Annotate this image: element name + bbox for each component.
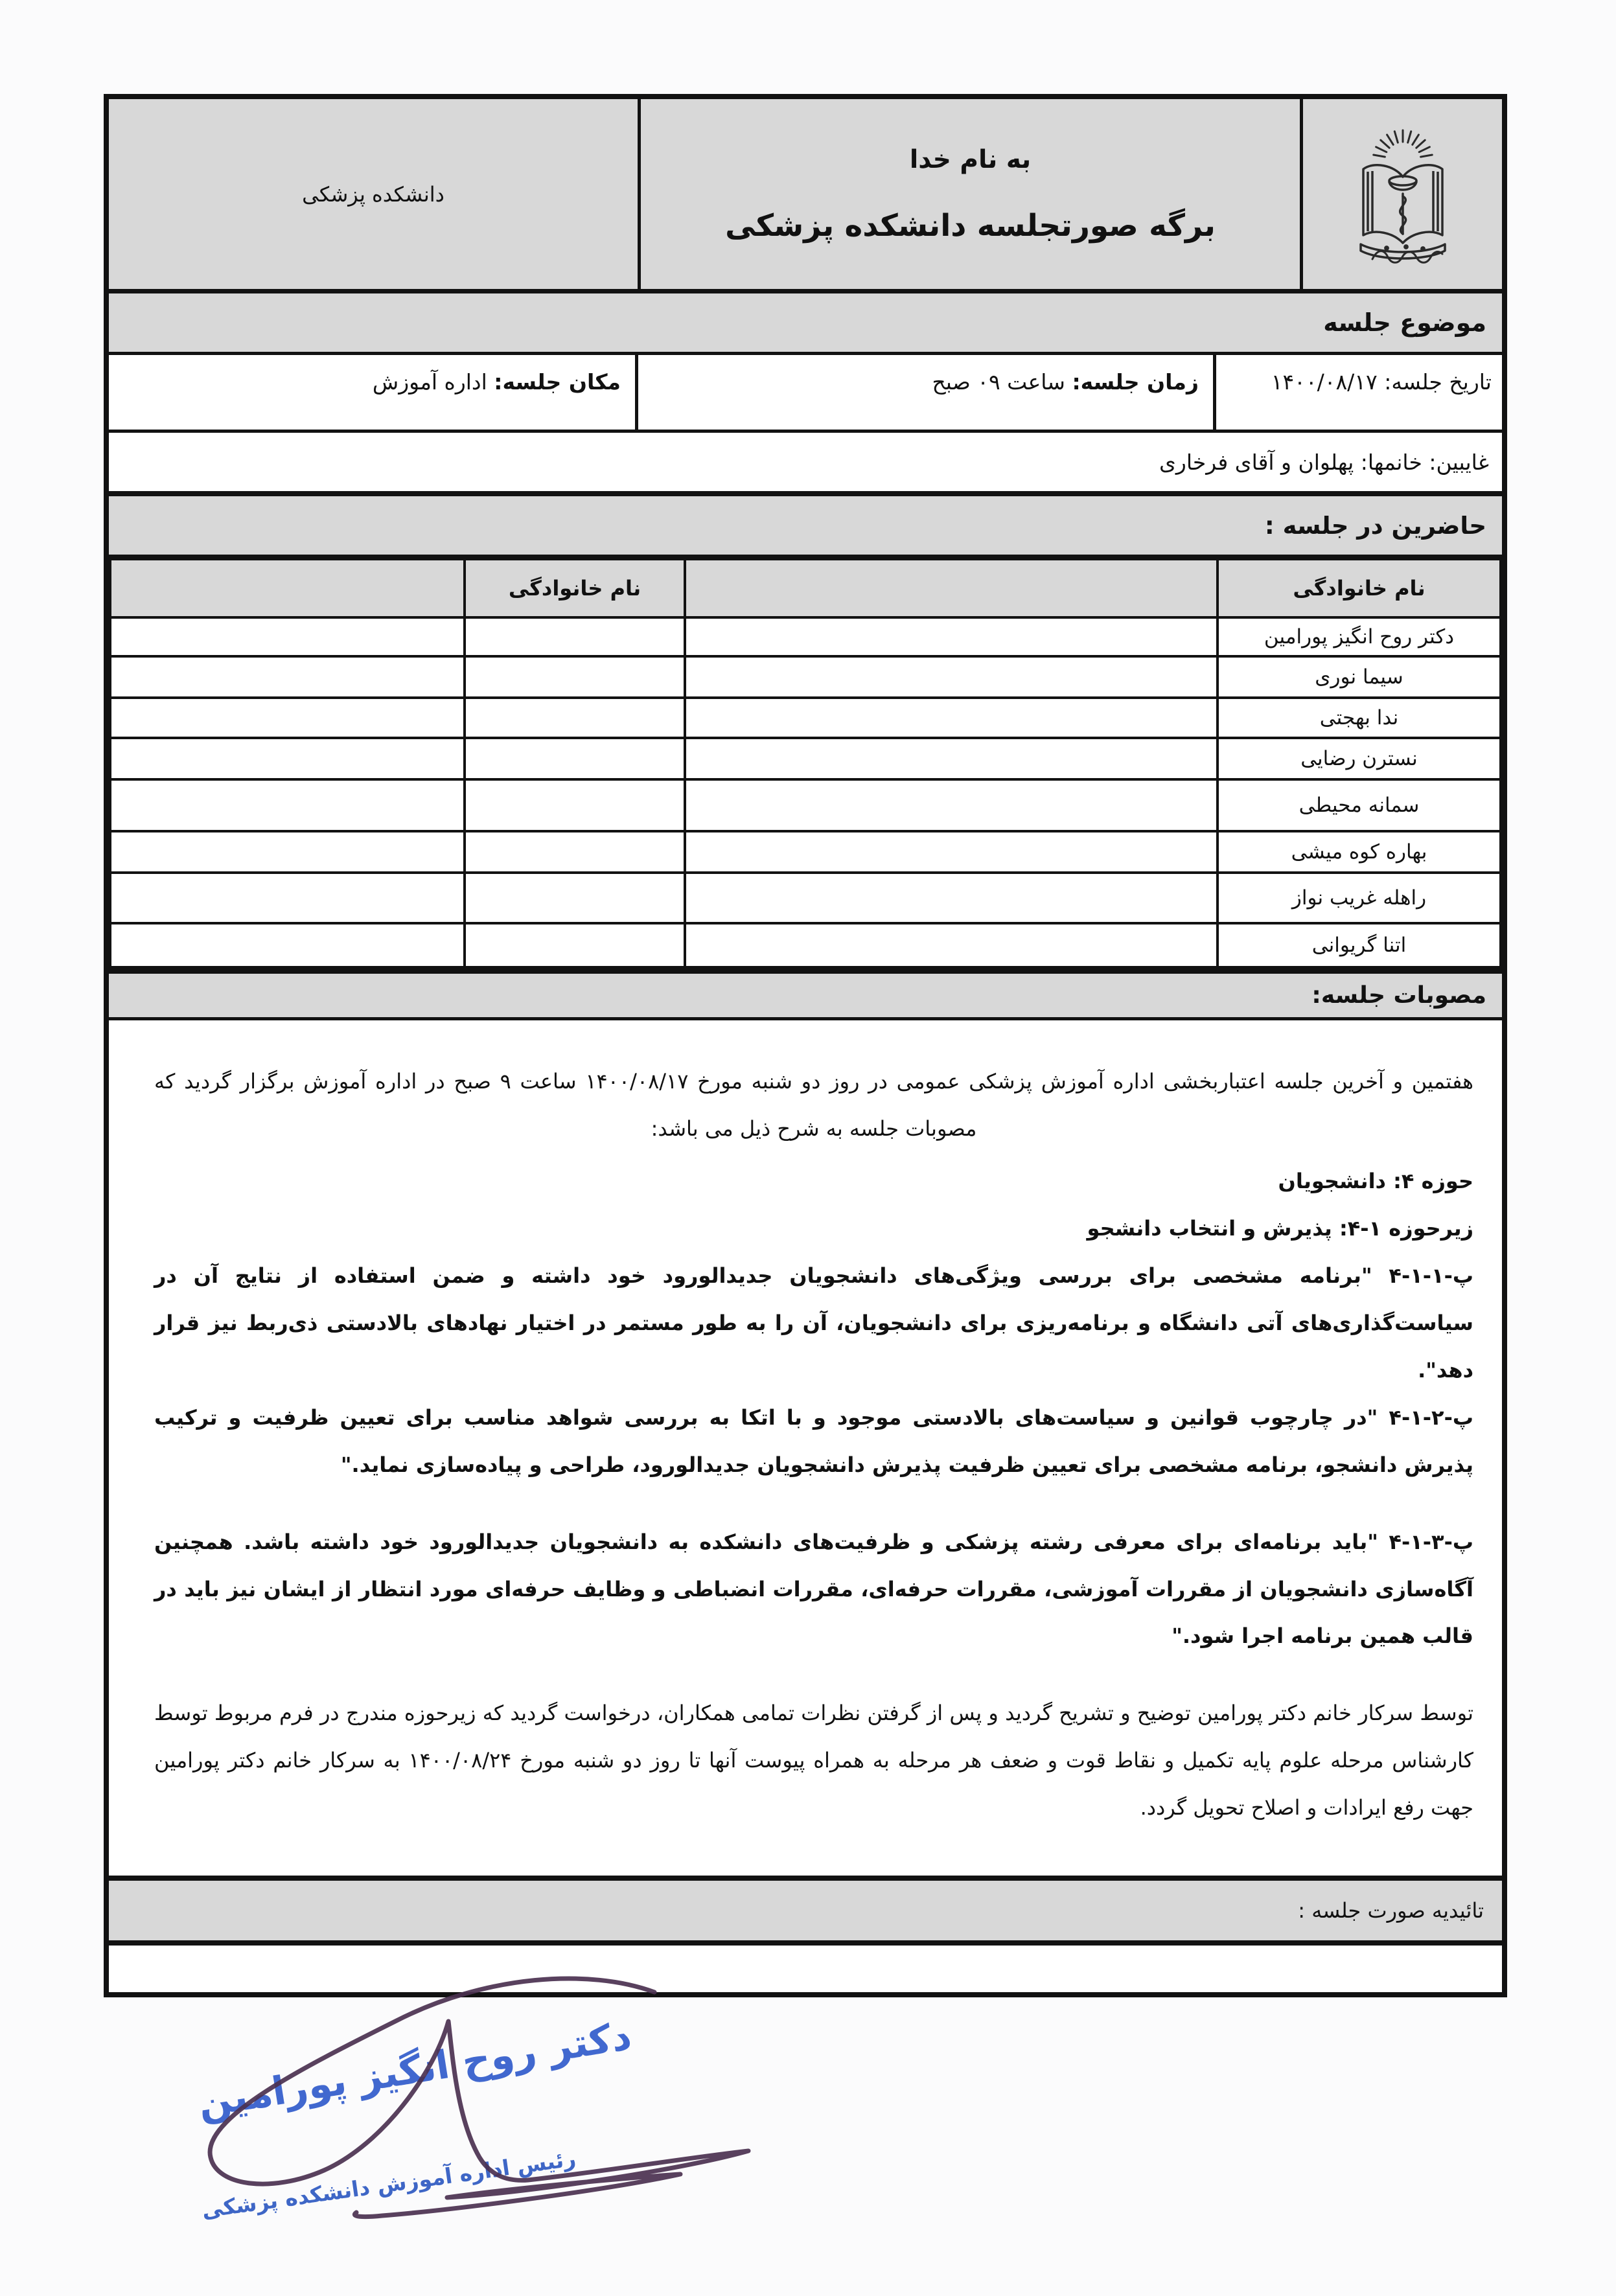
place-value: اداره آموزش	[373, 369, 487, 395]
family-name-header: نام خانوادگی	[465, 559, 685, 617]
meeting-place-cell: مکان جلسه: اداره آموزش	[109, 355, 635, 430]
empty-cell	[110, 698, 465, 738]
table-row: سمانه محیطی	[110, 779, 1501, 831]
empty-cell	[465, 698, 685, 738]
empty-cell	[465, 656, 685, 698]
empty-cell	[685, 617, 1218, 656]
empty-cell	[685, 656, 1218, 698]
meeting-date-cell: تاریخ جلسه: ۱۴۰۰/۰۸/۱۷	[1213, 355, 1502, 430]
place-label: مکان جلسه:	[494, 369, 621, 395]
attendee-name: سیما نوری	[1218, 656, 1501, 698]
attendees-table: نام خانوادگی نام خانوادگی دکتر روح انگیز…	[109, 558, 1502, 969]
attendee-name: اتنا گریوانی	[1218, 923, 1501, 967]
attendees-table-wrap: نام خانوادگی نام خانوادگی دکتر روح انگیز…	[109, 558, 1502, 974]
approval-row: تائیدیه صورت جلسه :	[109, 1876, 1502, 1946]
present-section-row: حاضرین در جلسه :	[109, 496, 1502, 558]
empty-cell	[685, 698, 1218, 738]
empty-cell	[110, 923, 465, 967]
area-heading: حوزه ۴: دانشجویان	[154, 1158, 1473, 1205]
resolutions-intro: هفتمین و آخرین جلسه اعتباربخشی اداره آمو…	[154, 1058, 1473, 1153]
meeting-time-cell: زمان جلسه: ساعت ۰۹ صبح	[635, 355, 1213, 430]
empty-cell	[465, 738, 685, 779]
minutes-form: به نام خدا برگه صورتجلسه دانشکده پزشکی د…	[104, 94, 1507, 1997]
resolutions-closing: توسط سرکار خانم دکتر پورامین توضیح و تشر…	[154, 1690, 1473, 1831]
time-value: ساعت ۰۹ صبح	[932, 369, 1065, 395]
header-title-cell: به نام خدا برگه صورتجلسه دانشکده پزشکی	[638, 99, 1300, 289]
subarea-heading: زیرحوزه ۱-۴: پذیرش و انتخاب دانشجو	[154, 1205, 1473, 1252]
table-row: بهاره کوه میشی	[110, 831, 1501, 873]
faculty-name: دانشکده پزشکی	[109, 99, 638, 289]
empty-cell	[465, 923, 685, 967]
empty-cell	[110, 831, 465, 873]
empty-cell	[685, 559, 1218, 617]
form-header: به نام خدا برگه صورتجلسه دانشکده پزشکی د…	[109, 99, 1502, 293]
attendee-name: سمانه محیطی	[1218, 779, 1501, 831]
attendee-name: نسترن رضایی	[1218, 738, 1501, 779]
empty-cell	[465, 617, 685, 656]
logo-cell	[1300, 99, 1502, 289]
table-row: ندا بهجتی	[110, 698, 1501, 738]
handwritten-signature	[162, 1963, 778, 2248]
absentees-row: غایبین: خانمها: پهلوان و آقای فرخاری	[109, 433, 1502, 496]
time-label: زمان جلسه:	[1072, 369, 1199, 395]
empty-cell	[465, 779, 685, 831]
table-row: راهله غریب نواز	[110, 873, 1501, 923]
attendee-name: دکتر روح انگیز پورامین	[1218, 617, 1501, 656]
present-section-label: حاضرین در جلسه :	[1265, 512, 1486, 540]
empty-cell	[110, 656, 465, 698]
empty-cell	[465, 873, 685, 923]
empty-cell	[110, 779, 465, 831]
date-value: ۱۴۰۰/۰۸/۱۷	[1271, 369, 1378, 395]
family-name-header: نام خانوادگی	[1218, 559, 1501, 617]
empty-cell	[110, 738, 465, 779]
subject-label: موضوع جلسه	[1323, 308, 1486, 337]
calligraphy-icon	[1372, 245, 1442, 262]
empty-cell	[685, 779, 1218, 831]
absentees-text: غایبین: خانمها: پهلوان و آقای فرخاری	[1159, 450, 1489, 475]
table-row: سیما نوری	[110, 656, 1501, 698]
table-row: دکتر روح انگیز پورامین	[110, 617, 1501, 656]
empty-cell	[110, 873, 465, 923]
bismillah-text: به نام خدا	[910, 145, 1031, 174]
empty-cell	[685, 831, 1218, 873]
empty-cell	[110, 559, 465, 617]
table-row: نسترن رضایی	[110, 738, 1501, 779]
attendees-header-row: نام خانوادگی نام خانوادگی	[110, 559, 1501, 617]
approval-label: تائیدیه صورت جلسه :	[1298, 1898, 1484, 1923]
info-row: تاریخ جلسه: ۱۴۰۰/۰۸/۱۷ زمان جلسه: ساعت ۰…	[109, 355, 1502, 433]
university-logo-icon	[1341, 120, 1464, 269]
attendee-name: راهله غریب نواز	[1218, 873, 1501, 923]
empty-cell	[685, 923, 1218, 967]
date-label: تاریخ جلسه:	[1384, 369, 1492, 395]
subject-row: موضوع جلسه	[109, 293, 1502, 355]
resolution-item-1: پ-۱-۱-۴ "برنامه مشخصی برای بررسی ویژگی‌ه…	[154, 1252, 1473, 1394]
attendee-name: بهاره کوه میشی	[1218, 831, 1501, 873]
resolutions-section-row: مصوبات جلسه:	[109, 974, 1502, 1020]
empty-cell	[685, 738, 1218, 779]
empty-cell	[465, 831, 685, 873]
resolutions-section-label: مصوبات جلسه:	[1311, 982, 1486, 1009]
resolution-item-3: پ-۳-۱-۴ "باید برنامه‌ای برای معرفی رشته …	[154, 1519, 1473, 1660]
scanned-meeting-minutes-page: { "meta": { "colors": { "header_gray": "…	[0, 0, 1616, 2296]
form-title: برگه صورتجلسه دانشکده پزشکی	[725, 208, 1216, 244]
resolution-item-2: پ-۲-۱-۴ "در چارچوب قوانین و سیاست‌های با…	[154, 1394, 1473, 1489]
empty-cell	[110, 617, 465, 656]
chalice-snake-icon	[1389, 176, 1416, 234]
empty-cell	[685, 873, 1218, 923]
sun-rays-icon	[1373, 130, 1432, 157]
attendee-name: ندا بهجتی	[1218, 698, 1501, 738]
table-row: اتنا گریوانی	[110, 923, 1501, 967]
resolutions-body: هفتمین و آخرین جلسه اعتباربخشی اداره آمو…	[109, 1020, 1502, 1876]
